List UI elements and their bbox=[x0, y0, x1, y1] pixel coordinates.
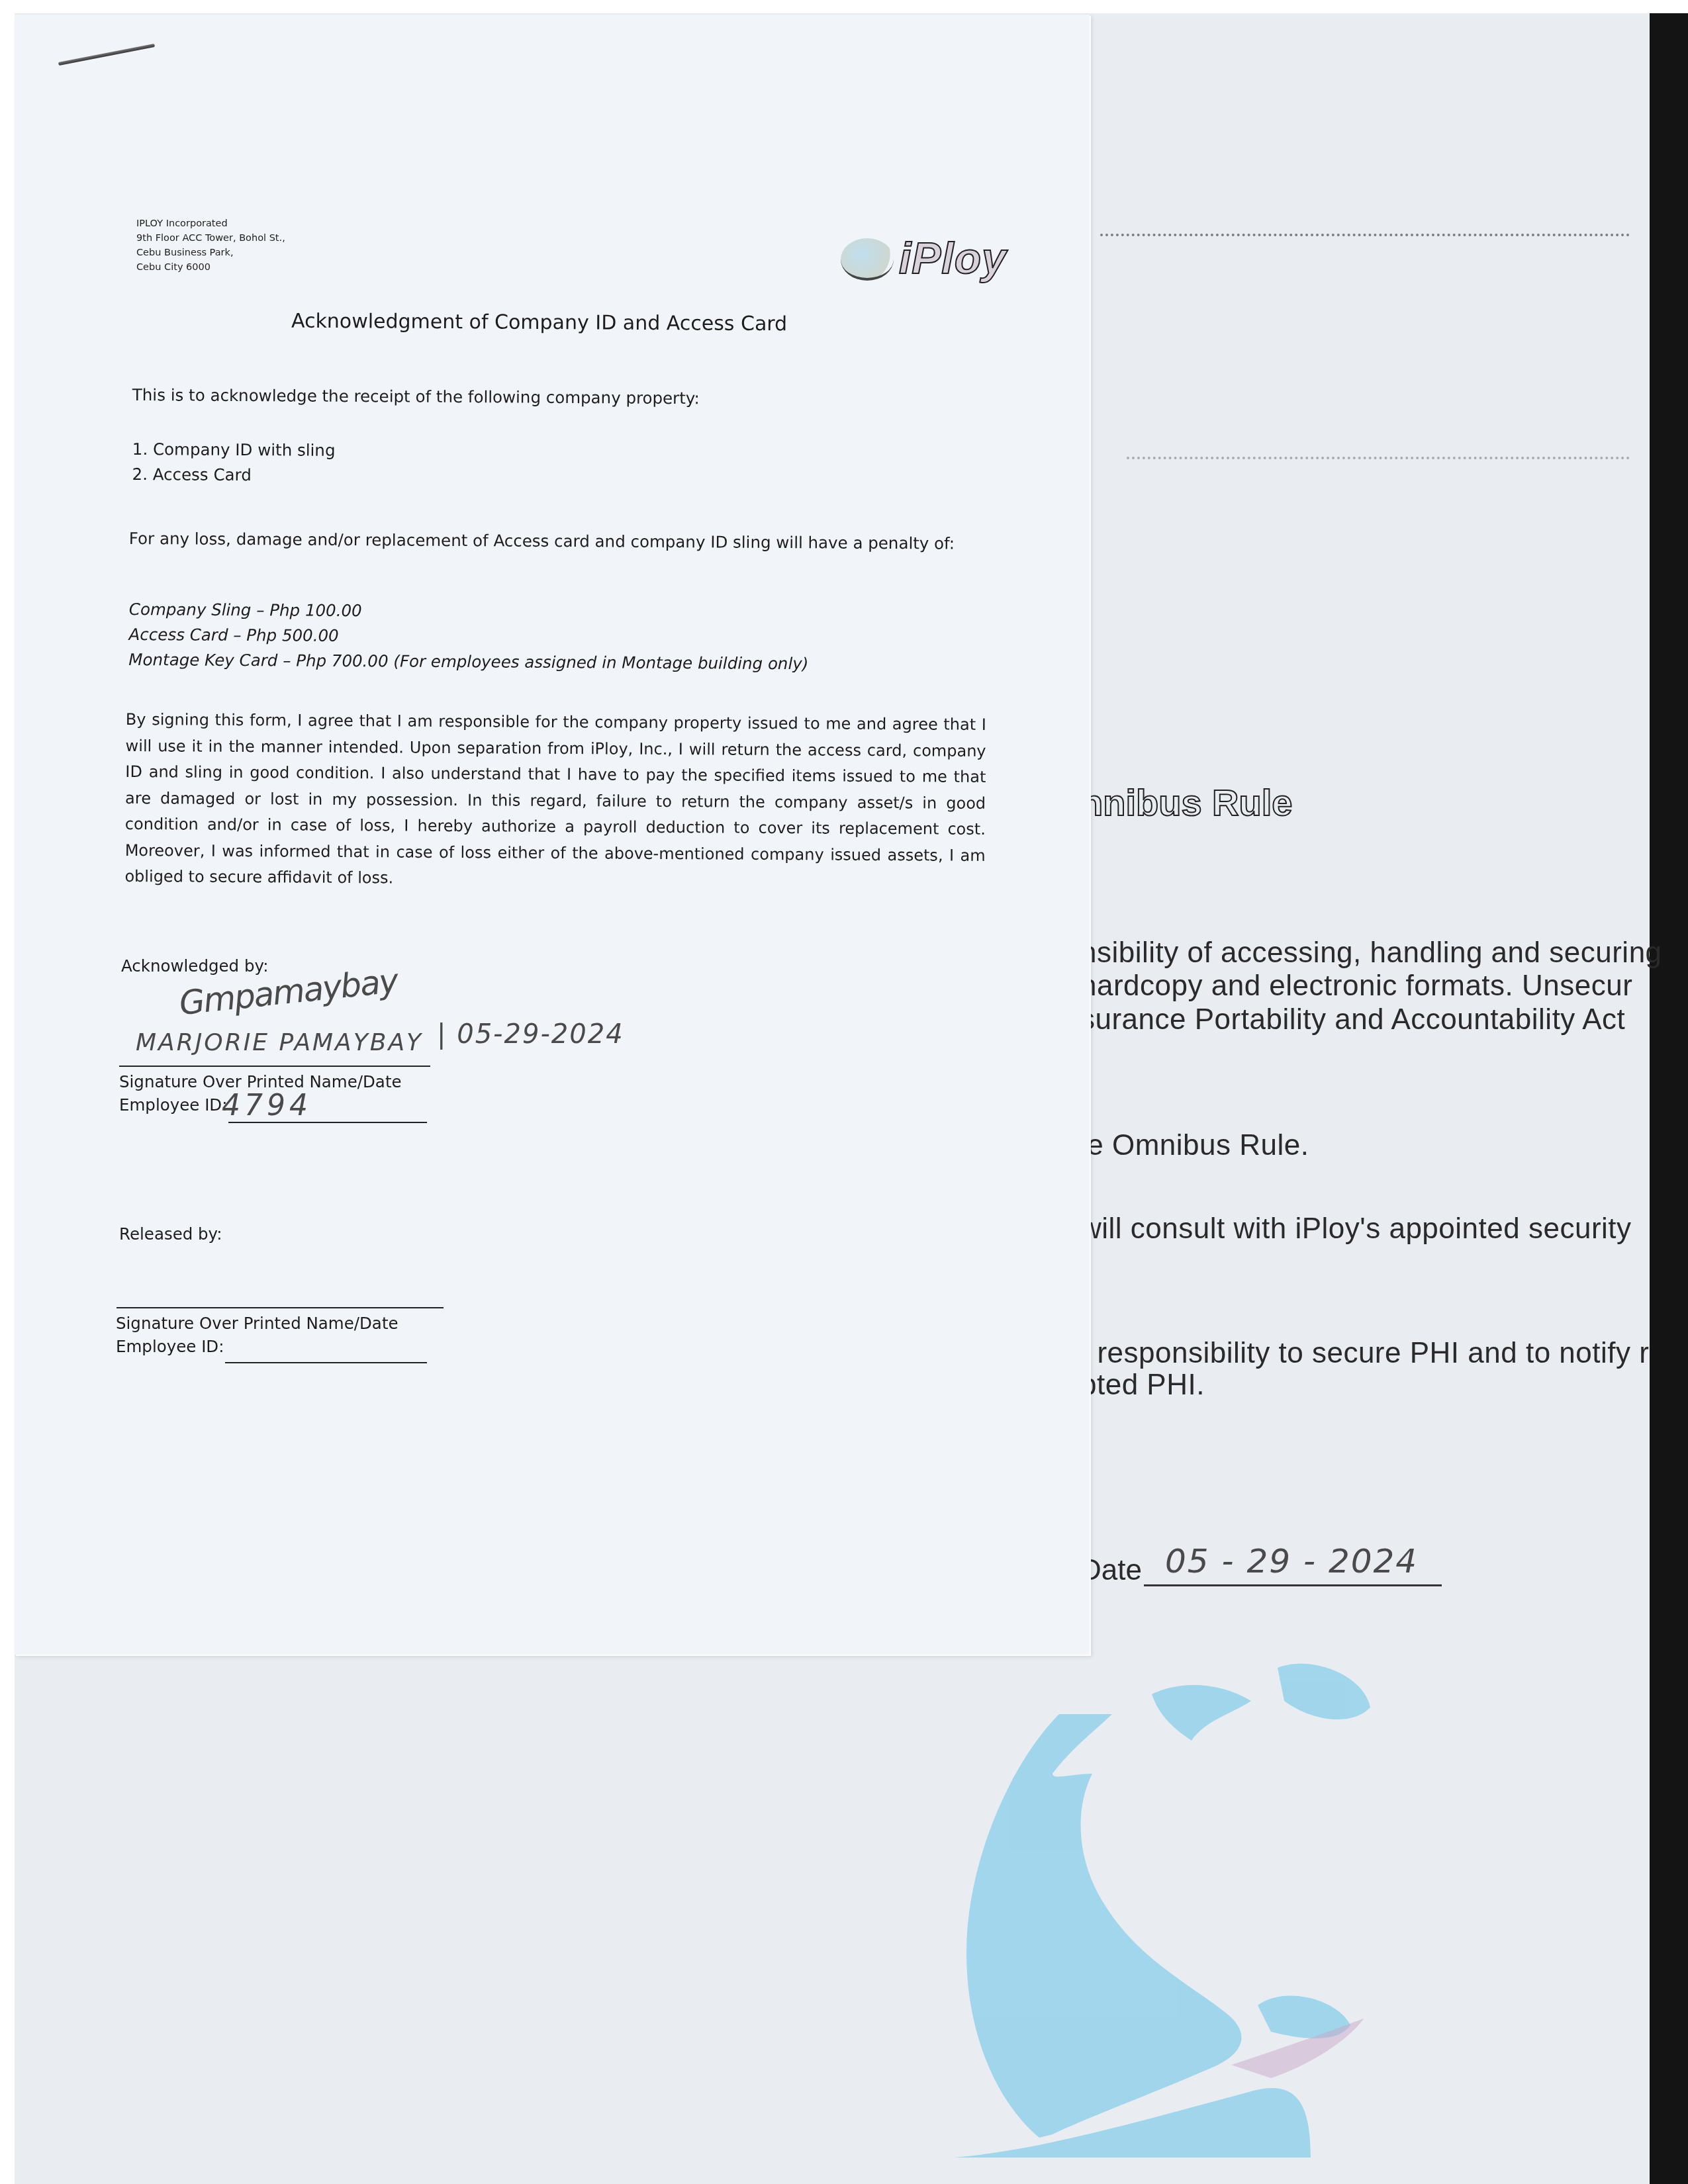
employee-printed-name: MARJORIE PAMAYBAY bbox=[136, 1029, 423, 1056]
penalty-item: Montage Key Card – Php 700.00 (For emplo… bbox=[128, 647, 808, 676]
company-logo: iPloy bbox=[841, 233, 1013, 293]
globe-watermark-icon bbox=[940, 1641, 1602, 2158]
back-line: nsibility of accessing, handling and sec… bbox=[1080, 936, 1662, 970]
signature-line bbox=[119, 1066, 430, 1067]
document-title: Acknowledgment of Company ID and Access … bbox=[291, 310, 787, 336]
released-employee-id-line bbox=[225, 1362, 427, 1363]
penalty-list: Company Sling – Php 100.00 Access Card –… bbox=[128, 597, 809, 676]
penalty-item: Access Card – Php 500.00 bbox=[129, 622, 809, 651]
employee-id-line bbox=[228, 1122, 427, 1123]
back-line: will consult with iPloy's appointed secu… bbox=[1080, 1212, 1632, 1246]
agreement-paragraph: By signing this form, I agree that I am … bbox=[124, 707, 986, 895]
address-line: 9th Floor ACC Tower, Bohol St., bbox=[136, 231, 285, 246]
address-line: Cebu Business Park, bbox=[136, 246, 285, 260]
staple-icon bbox=[58, 44, 155, 66]
employee-id-value: 4794 bbox=[222, 1089, 312, 1122]
penalty-intro: For any loss, damage and/or replacement … bbox=[129, 526, 983, 557]
released-employee-id-label: Employee ID: bbox=[116, 1337, 224, 1356]
logo-swirl-icon bbox=[841, 238, 894, 281]
back-line: hardcopy and electronic formats. Unsecur bbox=[1080, 970, 1632, 1003]
property-list: 1. Company ID with sling 2. Access Card bbox=[132, 437, 336, 488]
back-line: ie Omnibus Rule. bbox=[1080, 1129, 1309, 1162]
address-line: IPLOY Incorporated bbox=[136, 216, 285, 231]
back-line: / responsibility to secure PHI and to no… bbox=[1080, 1337, 1649, 1370]
released-by-label: Released by: bbox=[119, 1224, 222, 1244]
back-line: surance Portability and Accountability A… bbox=[1080, 1003, 1625, 1036]
logo-wordmark: iPloy bbox=[899, 233, 1007, 283]
employee-id-label: Employee ID: bbox=[119, 1095, 227, 1115]
released-signature-line bbox=[117, 1307, 444, 1308]
scanner-edge bbox=[1650, 13, 1688, 2184]
faint-header-line bbox=[1100, 234, 1630, 239]
address-line: Cebu City 6000 bbox=[136, 260, 285, 275]
company-address: IPLOY Incorporated 9th Floor ACC Tower, … bbox=[136, 216, 285, 275]
back-date-line bbox=[1144, 1584, 1442, 1586]
signature-date: | 05-29-2024 bbox=[437, 1019, 624, 1050]
intro-text: This is to acknowledge the receipt of th… bbox=[132, 383, 700, 411]
faint-dotted-line bbox=[1127, 457, 1630, 462]
acknowledged-by-label: Acknowledged by: bbox=[121, 956, 268, 976]
released-signature-caption: Signature Over Printed Name/Date bbox=[116, 1314, 399, 1333]
penalty-item: Company Sling – Php 100.00 bbox=[129, 597, 809, 626]
back-date-value: 05 - 29 - 2024 bbox=[1165, 1542, 1418, 1580]
back-page-title: nnibus Rule bbox=[1080, 781, 1292, 824]
property-item: 1. Company ID with sling bbox=[132, 437, 336, 463]
property-item: 2. Access Card bbox=[132, 462, 336, 488]
back-line: pted PHI. bbox=[1080, 1369, 1205, 1402]
